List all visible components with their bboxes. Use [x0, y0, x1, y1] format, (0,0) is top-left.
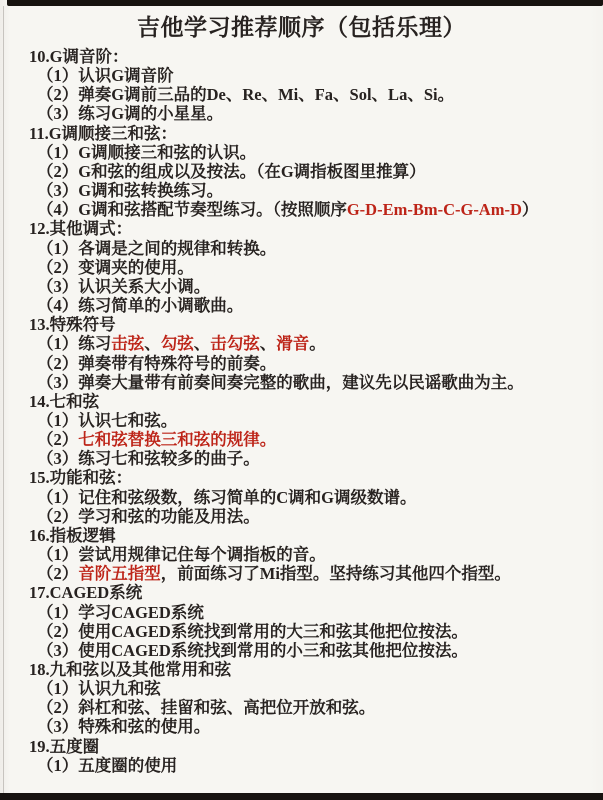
list-item: （3）G调和弦转换练习。: [29, 181, 595, 200]
section-heading: 19.五度圈: [29, 737, 595, 756]
list-item: （2）弹奏带有特殊符号的前奏。: [29, 354, 595, 373]
document-page: 吉他学习推荐顺序（包括乐理） 10.G调音阶：（1）认识G调音阶（2）弹奏G调前…: [0, 0, 603, 800]
list-item: （1）认识七和弦。: [29, 411, 595, 430]
list-item-text: （2）斜杠和弦、挂留和弦、高把位开放和弦。: [37, 698, 375, 717]
list-item: （3）认识关系大小调。: [29, 277, 595, 296]
list-item: （4）练习简单的小调歌曲。: [29, 296, 595, 315]
list-item-text: （4）练习简单的小调歌曲。: [37, 296, 243, 315]
list-item-text: （2）变调夹的使用。: [37, 258, 194, 277]
list-item-text: （3）使用CAGED系统找到常用的小三和弦其他把位按法。: [37, 641, 468, 660]
section-heading: 18.九和弦以及其他常用和弦: [29, 660, 595, 679]
list-item-text: （1）G调顺接三和弦的认识。: [37, 143, 256, 162]
section-heading: 10.G调音阶：: [29, 47, 595, 66]
list-item: （1）认识九和弦: [29, 679, 595, 698]
highlight-red-text: 音阶五指型: [78, 564, 161, 583]
list-item: （2）弹奏G调前三品的De、Re、Mi、Fa、Sol、La、Si。: [29, 85, 595, 104]
list-item: （4）G调和弦搭配节奏型练习。（按照顺序G-D-Em-Bm-C-G-Am-D）: [29, 200, 595, 219]
list-item-text: （3）弹奏大量带有前奏间奏完整的歌曲，建议先以民谣歌曲为主。: [37, 373, 524, 392]
list-item-text: （3）练习G调的小星星。: [37, 104, 223, 123]
highlight-red-text: 勾弦: [161, 334, 194, 353]
left-edge-line: [3, 6, 4, 793]
section-heading: 12.其他调式：: [29, 219, 595, 238]
list-item-text: （3）特殊和弦的使用。: [37, 717, 210, 736]
list-item-text: （2）使用CAGED系统找到常用的大三和弦其他把位按法。: [37, 622, 468, 641]
document-body: 10.G调音阶：（1）认识G调音阶（2）弹奏G调前三品的De、Re、Mi、Fa、…: [0, 47, 603, 775]
list-item-text: （1）学习CAGED系统: [37, 603, 204, 622]
section-heading: 14.七和弦: [29, 392, 595, 411]
highlight-red-text: 七和弦替换三和弦的规律。: [78, 430, 276, 449]
list-item-text: （3）练习七和弦较多的曲子。: [37, 449, 260, 468]
list-item: （2）七和弦替换三和弦的规律。: [29, 430, 595, 449]
list-item: （1）认识G调音阶: [29, 66, 595, 85]
section-heading: 13.特殊符号: [29, 315, 595, 334]
list-item: （3）弹奏大量带有前奏间奏完整的歌曲，建议先以民谣歌曲为主。: [29, 373, 595, 392]
list-item-text: （1）认识七和弦。: [37, 411, 177, 430]
list-item-text: （1）各调是之间的规律和转换。: [37, 239, 276, 258]
list-item-text: （2）G和弦的组成以及按法。（在G调指板图里推算）: [37, 162, 426, 181]
list-item-text: （2）: [37, 430, 78, 449]
list-item-text: （1）认识九和弦: [37, 679, 161, 698]
list-item-text: （3）认识关系大小调。: [37, 277, 210, 296]
list-item: （1）各调是之间的规律和转换。: [29, 239, 595, 258]
list-item-text: （3）G调和弦转换练习。: [37, 181, 223, 200]
section-heading: 11.G调顺接三和弦：: [29, 124, 595, 143]
list-item: （3）练习G调的小星星。: [29, 104, 595, 123]
list-item-text: 、: [194, 334, 211, 353]
highlight-red-text: 击勾弦: [210, 334, 260, 353]
list-item-text: （1）练习: [37, 334, 111, 353]
list-item-text: （1）记住和弦级数，练习简单的C调和G调级数谱。: [37, 488, 417, 507]
highlight-red-text: 击弦: [111, 334, 144, 353]
page-title: 吉他学习推荐顺序（包括乐理）: [0, 13, 603, 43]
bottom-edge-bar: [0, 793, 603, 800]
list-item-text: （1）五度圈的使用: [37, 756, 177, 775]
list-item: （1）G调顺接三和弦的认识。: [29, 143, 595, 162]
list-item-text: （1）尝试用规律记住每个调指板的音。: [37, 545, 326, 564]
list-item: （3）练习七和弦较多的曲子。: [29, 449, 595, 468]
list-item: （1）五度圈的使用: [29, 756, 595, 775]
list-item: （2）斜杠和弦、挂留和弦、高把位开放和弦。: [29, 698, 595, 717]
highlight-red-text: G-D-Em-Bm-C-G-Am-D: [347, 200, 522, 219]
list-item: （1）尝试用规律记住每个调指板的音。: [29, 545, 595, 564]
list-item-text: ）: [522, 200, 539, 219]
list-item: （3）使用CAGED系统找到常用的小三和弦其他把位按法。: [29, 641, 595, 660]
list-item-text: （2）: [37, 564, 78, 583]
list-item: （2）变调夹的使用。: [29, 258, 595, 277]
list-item-text: （4）G调和弦搭配节奏型练习。（按照顺序: [37, 200, 347, 219]
section-heading: 16.指板逻辑: [29, 526, 595, 545]
list-item-text: （2）弹奏带有特殊符号的前奏。: [37, 354, 276, 373]
list-item: （1）记住和弦级数，练习简单的C调和G调级数谱。: [29, 488, 595, 507]
list-item: （1）学习CAGED系统: [29, 603, 595, 622]
list-item-text: ，前面练习了Mi指型。坚持练习其他四个指型。: [161, 564, 511, 583]
list-item-text: 、: [144, 334, 161, 353]
section-heading: 17.CAGED系统: [29, 583, 595, 602]
list-item-text: （2）学习和弦的功能及用法。: [37, 507, 260, 526]
list-item: （2）使用CAGED系统找到常用的大三和弦其他把位按法。: [29, 622, 595, 641]
list-item: （2）G和弦的组成以及按法。（在G调指板图里推算）: [29, 162, 595, 181]
list-item-text: 。: [309, 334, 326, 353]
list-item: （3）特殊和弦的使用。: [29, 717, 595, 736]
top-edge-bar: [7, 0, 603, 6]
list-item-text: 、: [260, 334, 277, 353]
list-item: （2）学习和弦的功能及用法。: [29, 507, 595, 526]
list-item: （2）音阶五指型，前面练习了Mi指型。坚持练习其他四个指型。: [29, 564, 595, 583]
list-item: （1）练习击弦、勾弦、击勾弦、滑音。: [29, 334, 595, 353]
section-heading: 15.功能和弦：: [29, 468, 595, 487]
list-item-text: （2）弹奏G调前三品的De、Re、Mi、Fa、Sol、La、Si。: [37, 85, 454, 104]
list-item-text: （1）认识G调音阶: [37, 66, 174, 85]
highlight-red-text: 滑音: [276, 334, 309, 353]
